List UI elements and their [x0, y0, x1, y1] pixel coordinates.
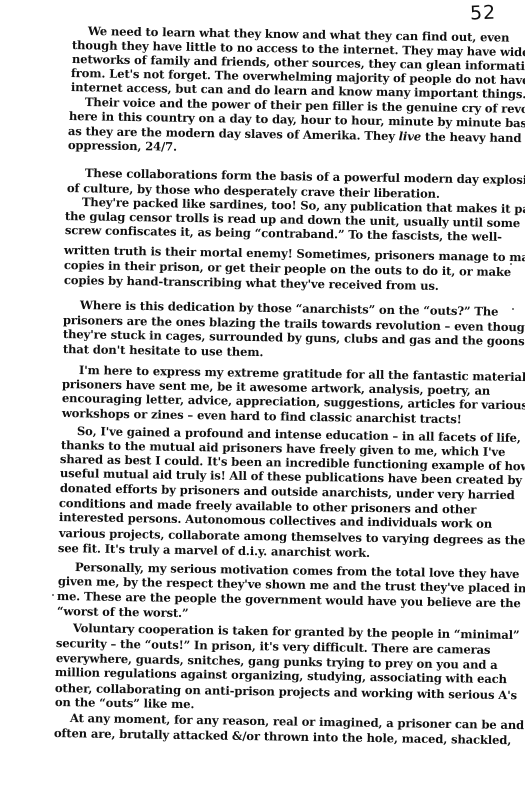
text-line: that don't hesitate to use them. — [63, 342, 264, 359]
text-line: “worst of the worst.” — [57, 604, 189, 620]
text-line: oppression, 24/7. — [68, 138, 177, 154]
document-body: We need to learn what they know and what… — [0, 0, 525, 812]
emphasis: live — [399, 129, 422, 143]
scan-speck — [510, 493, 512, 495]
scan-speck — [52, 594, 54, 596]
scan-speck — [514, 538, 516, 540]
scan-speck — [510, 263, 512, 265]
scan-speck — [512, 308, 514, 310]
text-line: on the “outs” like me. — [55, 695, 195, 711]
